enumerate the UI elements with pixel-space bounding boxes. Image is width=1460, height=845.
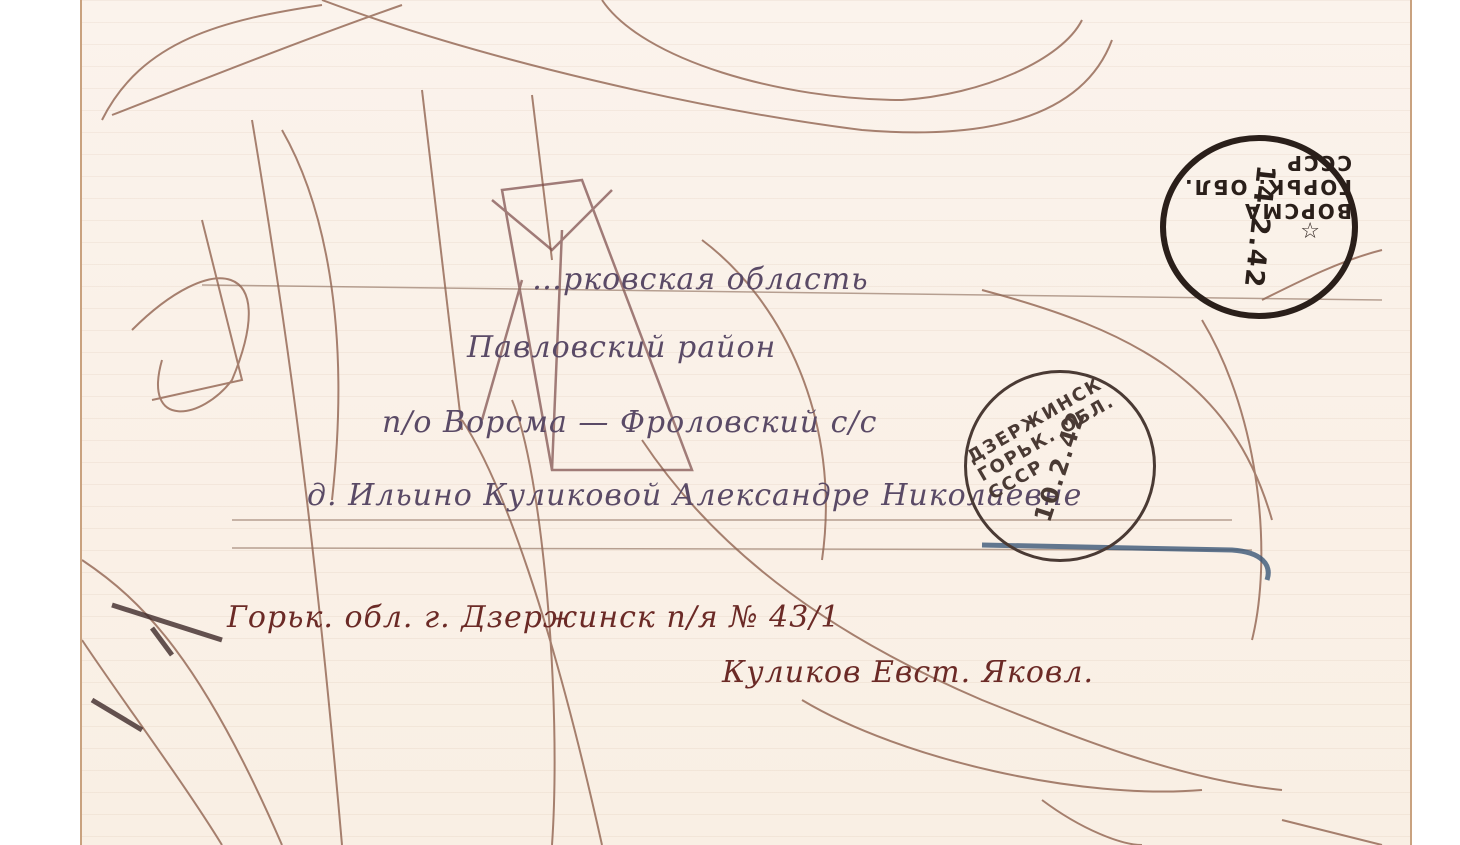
recipient-address-line-1: …рковская область bbox=[532, 262, 869, 297]
vorsma-postmark: ВОРСМА ГОРЬК. ОБЛ. СССР 14.2.42 ☆ bbox=[1160, 135, 1358, 319]
star-icon: ☆ bbox=[1300, 219, 1322, 244]
recipient-address-line-2: Павловский район bbox=[467, 330, 776, 365]
recipient-address-line-3: п/о Ворсма — Фроловский с/с bbox=[382, 405, 877, 440]
dzerzhinsk-postmark: ДЗЕРЖИНСК ГОРЬК. ОБЛ. СССР 10.2.42 bbox=[964, 370, 1156, 562]
envelope-scan: …рковская область Павловский район п/о В… bbox=[80, 0, 1412, 845]
return-address-line-1: Горьк. обл. г. Дзержинск п/я № 43/1 bbox=[227, 600, 841, 635]
return-address-line-2: Куликов Евст. Яковл. bbox=[722, 655, 1094, 690]
